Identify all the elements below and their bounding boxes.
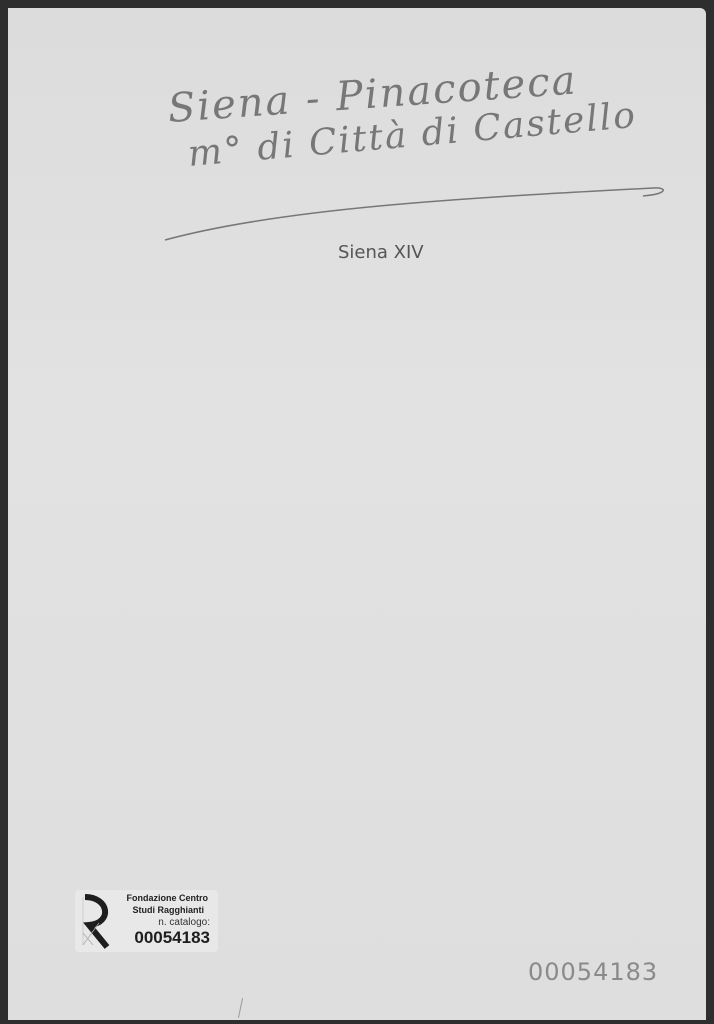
handwritten-catalog-number: 00054183: [528, 958, 658, 986]
org-name-line2: Studi Ragghianti: [133, 905, 205, 915]
pencil-underline: [163, 178, 673, 248]
archive-label: Fondazione Centro Studi Ragghianti n. ca…: [75, 890, 218, 952]
photo-card-back: Siena - Pinacoteca m° di Città di Castel…: [8, 8, 706, 1020]
org-name-line1: Fondazione Centro: [127, 893, 209, 903]
ragghianti-logo-icon: [79, 893, 113, 949]
catalog-label: n. catalogo:: [158, 917, 210, 928]
shelf-mark: Siena XIV: [338, 242, 424, 263]
pencil-mark: [238, 998, 243, 1018]
catalog-number: 00054183: [134, 928, 210, 948]
